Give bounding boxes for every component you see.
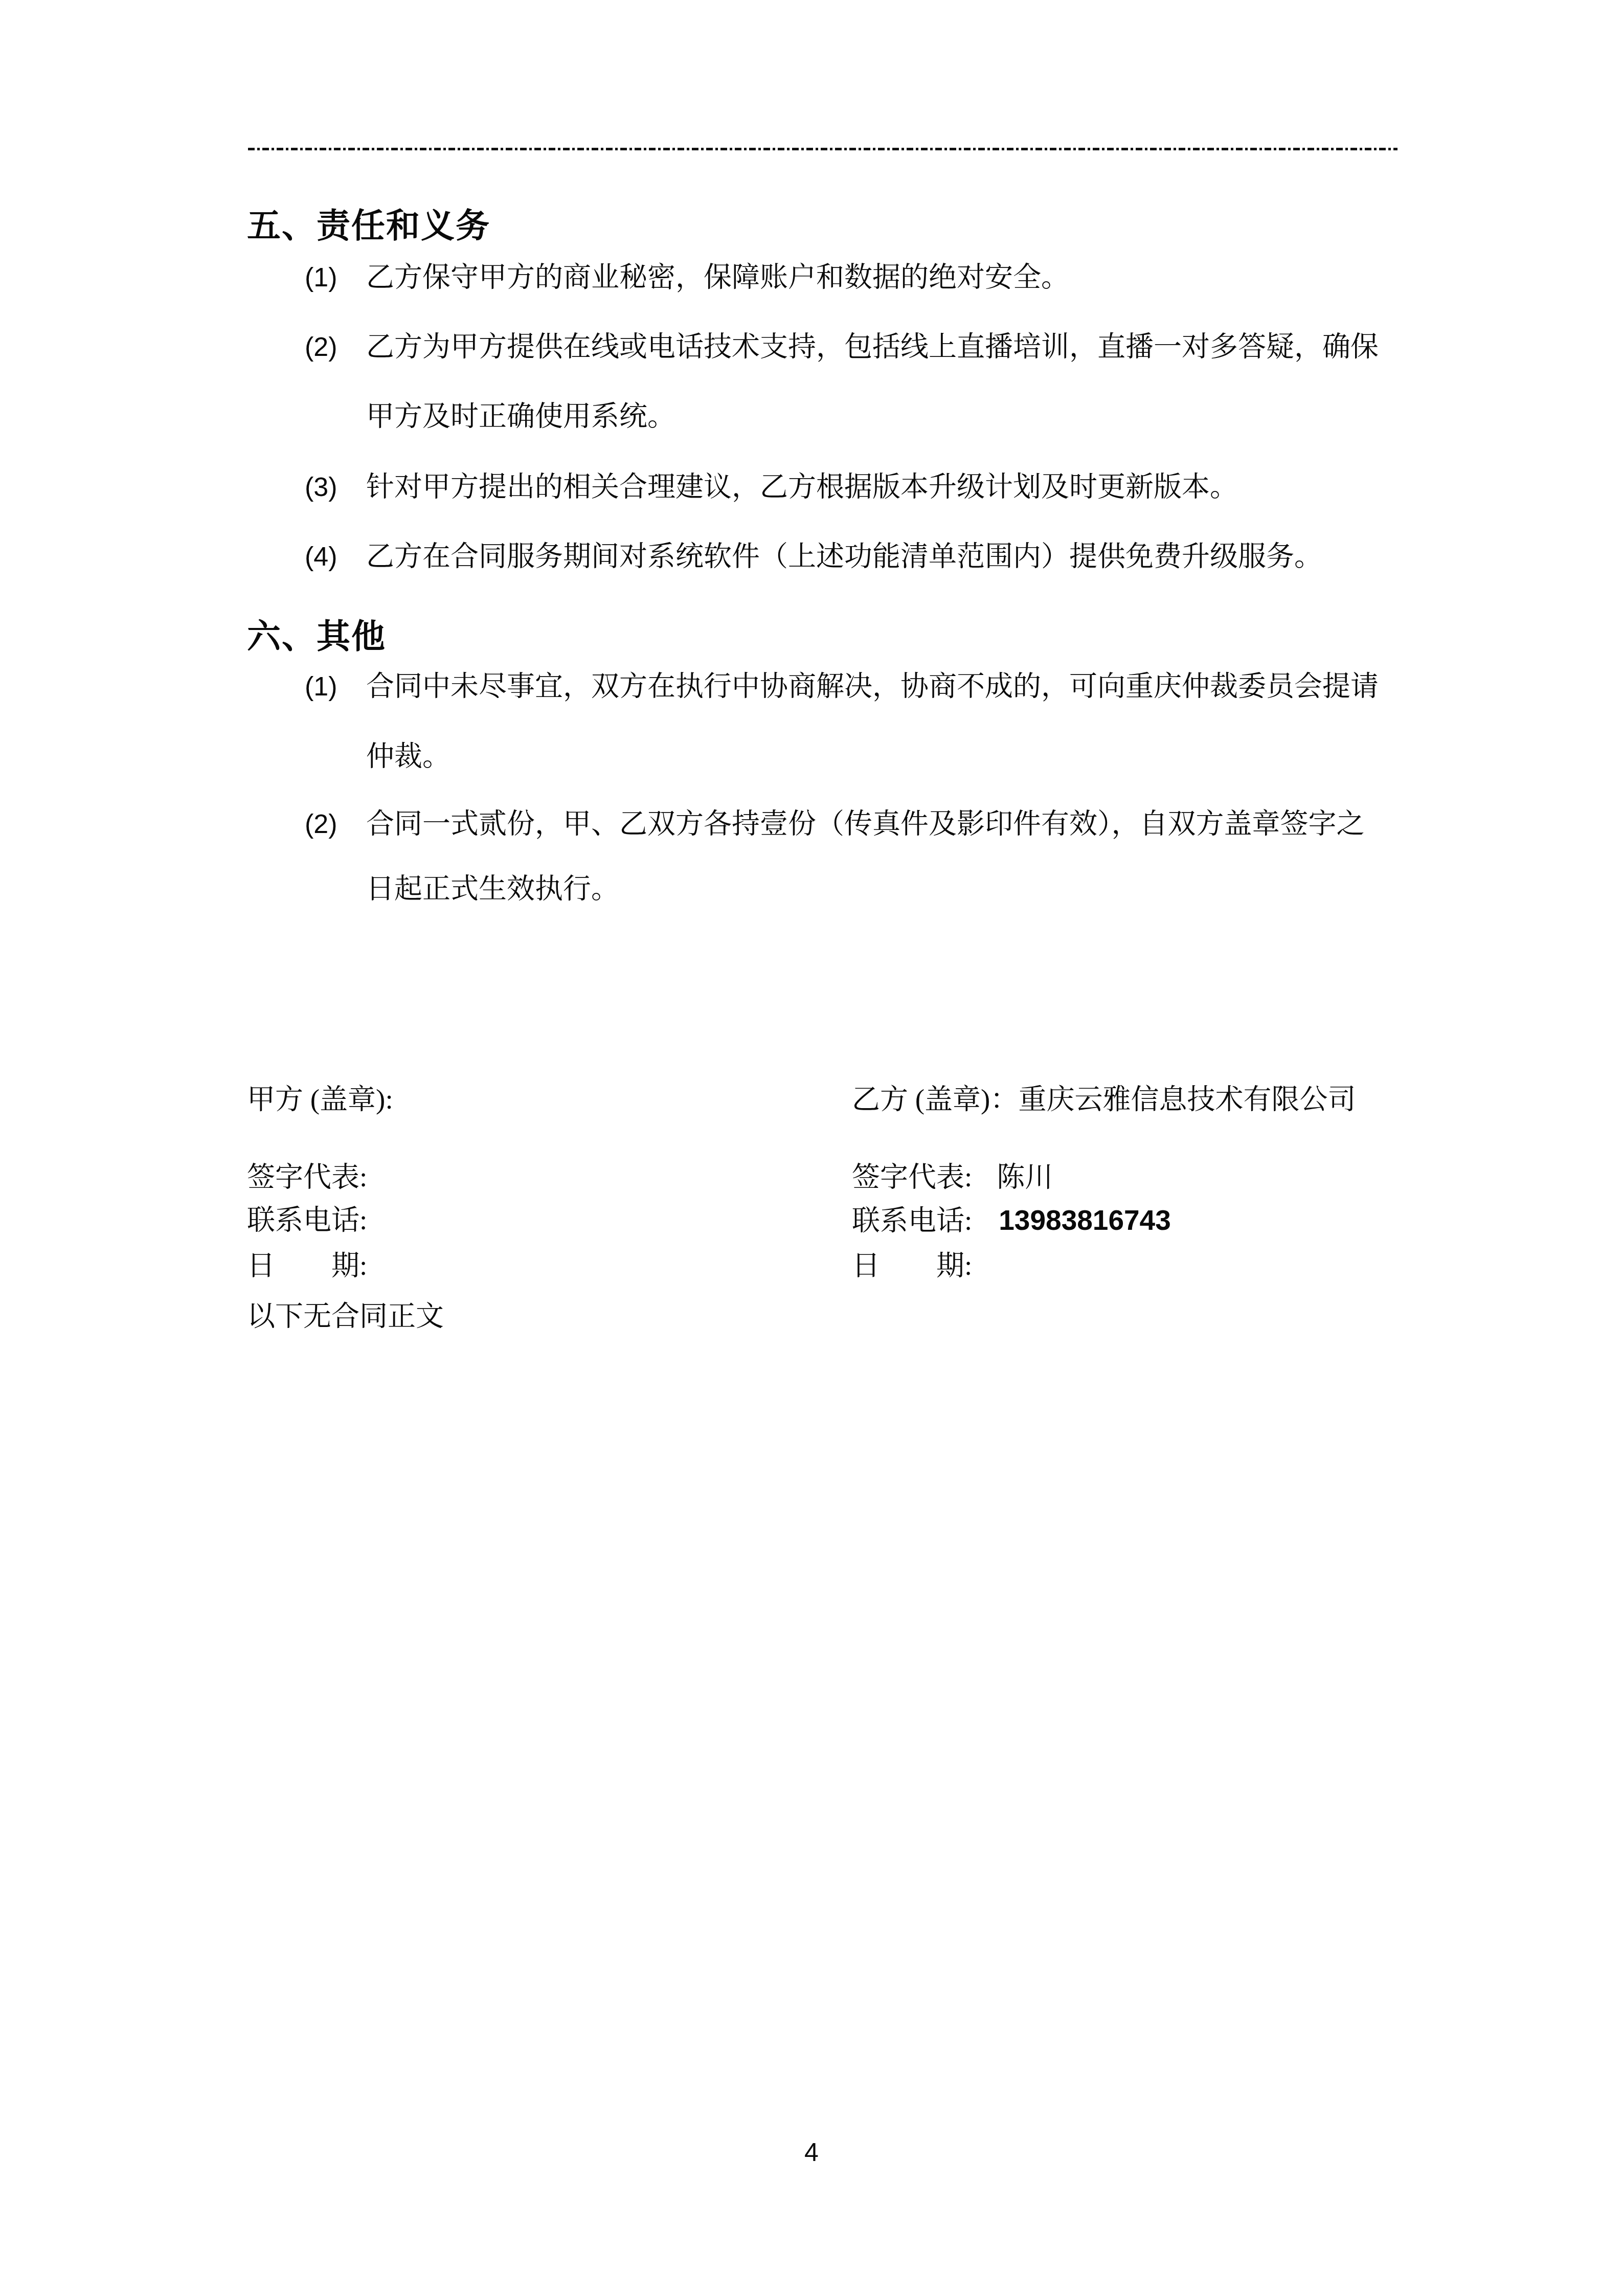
section-5-heading: 五、责任和义务 [247,206,490,246]
s5-item-2-line-2: 甲方及时正确使用系统。 [366,400,675,433]
closing-note: 以下无合同正文 [247,1300,444,1333]
s6-item-2-line-1: 合同一式贰份，甲、乙双方各持壹份（传真件及影印件有效），自双方盖章签字之 [366,807,1365,841]
party-b-company-name: 重庆云雅信息技术有限公司 [1018,1084,1356,1115]
s5-item-3-text: 针对甲方提出的相关合理建议，乙方根据版本升级计划及时更新版本。 [366,470,1238,504]
party-b-seal-line: 乙方 (盖章)：重庆云雅信息技术有限公司 [852,1083,1356,1116]
party-b-date-label: 日 期: [852,1249,972,1282]
party-b-rep-label: 签字代表: [852,1161,972,1192]
s5-item-1-text: 乙方保守甲方的商业秘密，保障账户和数据的绝对安全。 [366,261,1069,294]
party-a-date-label: 日 期: [247,1249,367,1282]
page-number: 4 [0,2137,1623,2167]
party-b-seal-label: 乙方 (盖章)： [852,1084,1018,1115]
contract-page: 五、责任和义务 (1) 乙方保守甲方的商业秘密，保障账户和数据的绝对安全。 (2… [0,0,1623,2296]
s6-item-1-line-2: 仲裁。 [366,740,450,773]
s5-item-2-number: (2) [305,332,337,363]
s6-item-2-line-2: 日起正式生效执行。 [366,872,619,906]
header-divider-rule [248,148,1397,150]
s5-item-2-line-1: 乙方为甲方提供在线或电话技术支持，包括线上直播培训，直播一对多答疑，确保 [366,330,1379,364]
s6-item-1-number: (1) [305,671,337,703]
s5-item-4-text: 乙方在合同服务期间对系统软件（上述功能清单范围内）提供免费升级服务。 [366,540,1322,573]
s5-item-3-number: (3) [305,472,337,503]
s6-item-1-line-1: 合同中未尽事宜，双方在执行中协商解决，协商不成的，可向重庆仲裁委员会提请 [366,670,1379,703]
s5-item-4-number: (4) [305,542,337,573]
s5-item-1-number: (1) [305,262,337,294]
party-a-phone-label: 联系电话: [247,1204,367,1237]
party-a-rep-label: 签字代表: [247,1161,367,1194]
party-b-rep-value: 陈川 [997,1161,1053,1192]
party-b-phone-value: 13983816743 [999,1204,1170,1236]
section-6-heading: 六、其他 [247,617,386,657]
party-b-rep-line: 签字代表:陈川 [852,1161,1053,1194]
party-b-phone-label: 联系电话: [852,1205,972,1236]
party-b-phone-line: 联系电话:13983816743 [852,1204,1171,1237]
s6-item-2-number: (2) [305,809,337,840]
party-a-seal-label: 甲方 (盖章): [247,1083,393,1116]
